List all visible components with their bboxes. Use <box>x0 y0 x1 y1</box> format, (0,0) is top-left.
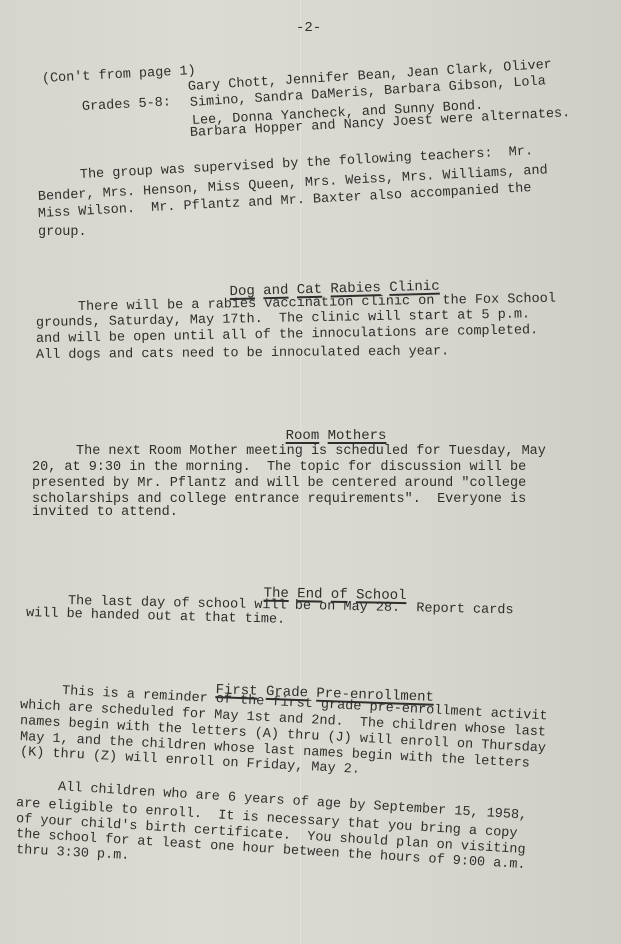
typed-newsletter-page: -2- (Con't from page 1) Grades 5-8: Gary… <box>0 0 621 944</box>
body-line: All dogs and cats need to be innoculated… <box>36 344 449 364</box>
body-line: invited to attend. <box>32 505 178 521</box>
grades-label: Grades 5-8: <box>82 95 172 116</box>
supervision-line: group. <box>38 225 87 241</box>
body-line: 20, at 9:30 in the morning. The topic fo… <box>32 460 526 476</box>
continued-note: (Con't from page 1) <box>42 64 197 88</box>
body-line: presented by Mr. Pflantz and will be cen… <box>32 476 526 492</box>
body-line: The next Room Mother meeting is schedule… <box>76 444 546 460</box>
page-number: -2- <box>296 20 321 36</box>
